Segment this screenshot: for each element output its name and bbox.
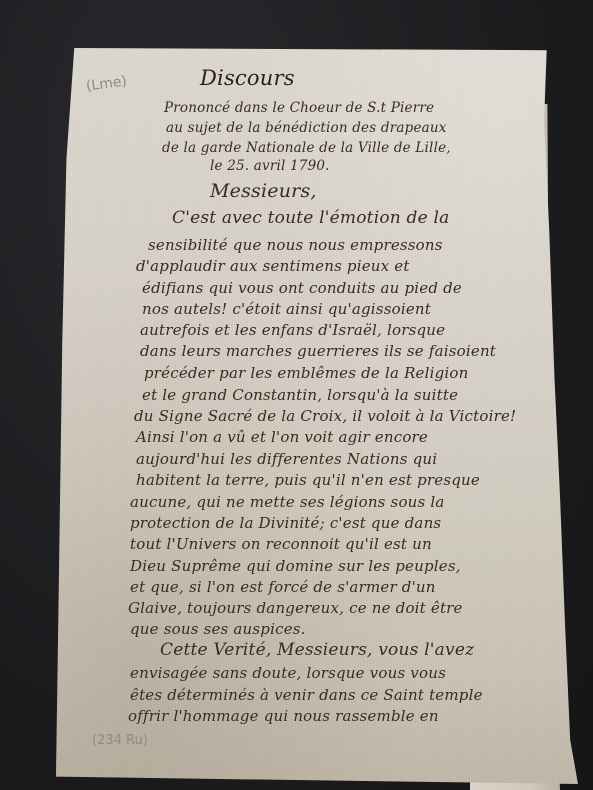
- body-line: habitent la terre, puis qu'il n'en est p…: [136, 471, 480, 489]
- body-line: tout l'Univers on reconnoit qu'il est un: [130, 535, 432, 553]
- body-line: autrefois et les enfans d'Israël, lorsqu…: [140, 321, 445, 339]
- salutation: Messieurs,: [210, 180, 317, 202]
- pencil-note-bottom: (234 Ru): [92, 733, 148, 748]
- body-line: précéder par les emblêmes de la Religion: [144, 364, 469, 382]
- body-line: Glaive, toujours dangereux, ce ne doit ê…: [128, 599, 463, 617]
- body-line: sensibilité que nous nous empressons: [148, 236, 443, 254]
- document-title: Discours: [200, 66, 295, 90]
- heading-line: de la garde Nationale de la Ville de Lil…: [162, 140, 451, 156]
- body-line: êtes déterminés à venir dans ce Saint te…: [130, 686, 483, 704]
- body-line: d'applaudir aux sentimens pieux et: [136, 257, 410, 275]
- body-line: nos autels! c'étoit ainsi qu'agissoient: [142, 300, 431, 318]
- heading-line: Prononcé dans le Choeur de S.t Pierre: [164, 100, 434, 116]
- body-line: offrir l'hommage qui nous rassemble en: [128, 707, 439, 725]
- body-line: et que, si l'on est forcé de s'armer d'u…: [130, 578, 436, 596]
- body-line: que sous ses auspices.: [130, 620, 306, 638]
- body-line: Dieu Suprême qui domine sur les peuples,: [130, 557, 461, 575]
- body-line: Cette Verité, Messieurs, vous l'avez: [160, 640, 474, 660]
- photo-scene: (Lme) Discours Prononcé dans le Choeur d…: [0, 0, 593, 790]
- body-line: dans leurs marches guerrieres ils se fai…: [140, 342, 496, 360]
- body-line: envisagée sans doute, lorsque vous vous: [130, 664, 446, 682]
- heading-line: au sujet de la bénédiction des drapeaux: [166, 120, 447, 136]
- body-line: et le grand Constantin, lorsqu'à la suit…: [142, 386, 458, 404]
- body-line: Ainsi l'on a vû et l'on voit agir encore: [136, 428, 428, 446]
- body-line: édifians qui vous ont conduits au pied d…: [142, 279, 462, 297]
- heading-date: le 25. avril 1790.: [210, 158, 330, 174]
- body-line: aujourd'hui les differentes Nations qui: [136, 450, 437, 468]
- body-line: C'est avec toute l'émotion de la: [172, 208, 449, 228]
- body-line: protection de la Divinité; c'est que dan…: [130, 514, 441, 532]
- body-line: du Signe Sacré de la Croix, il voloit à …: [134, 407, 516, 425]
- body-line: aucune, qui ne mette ses légions sous la: [130, 493, 445, 511]
